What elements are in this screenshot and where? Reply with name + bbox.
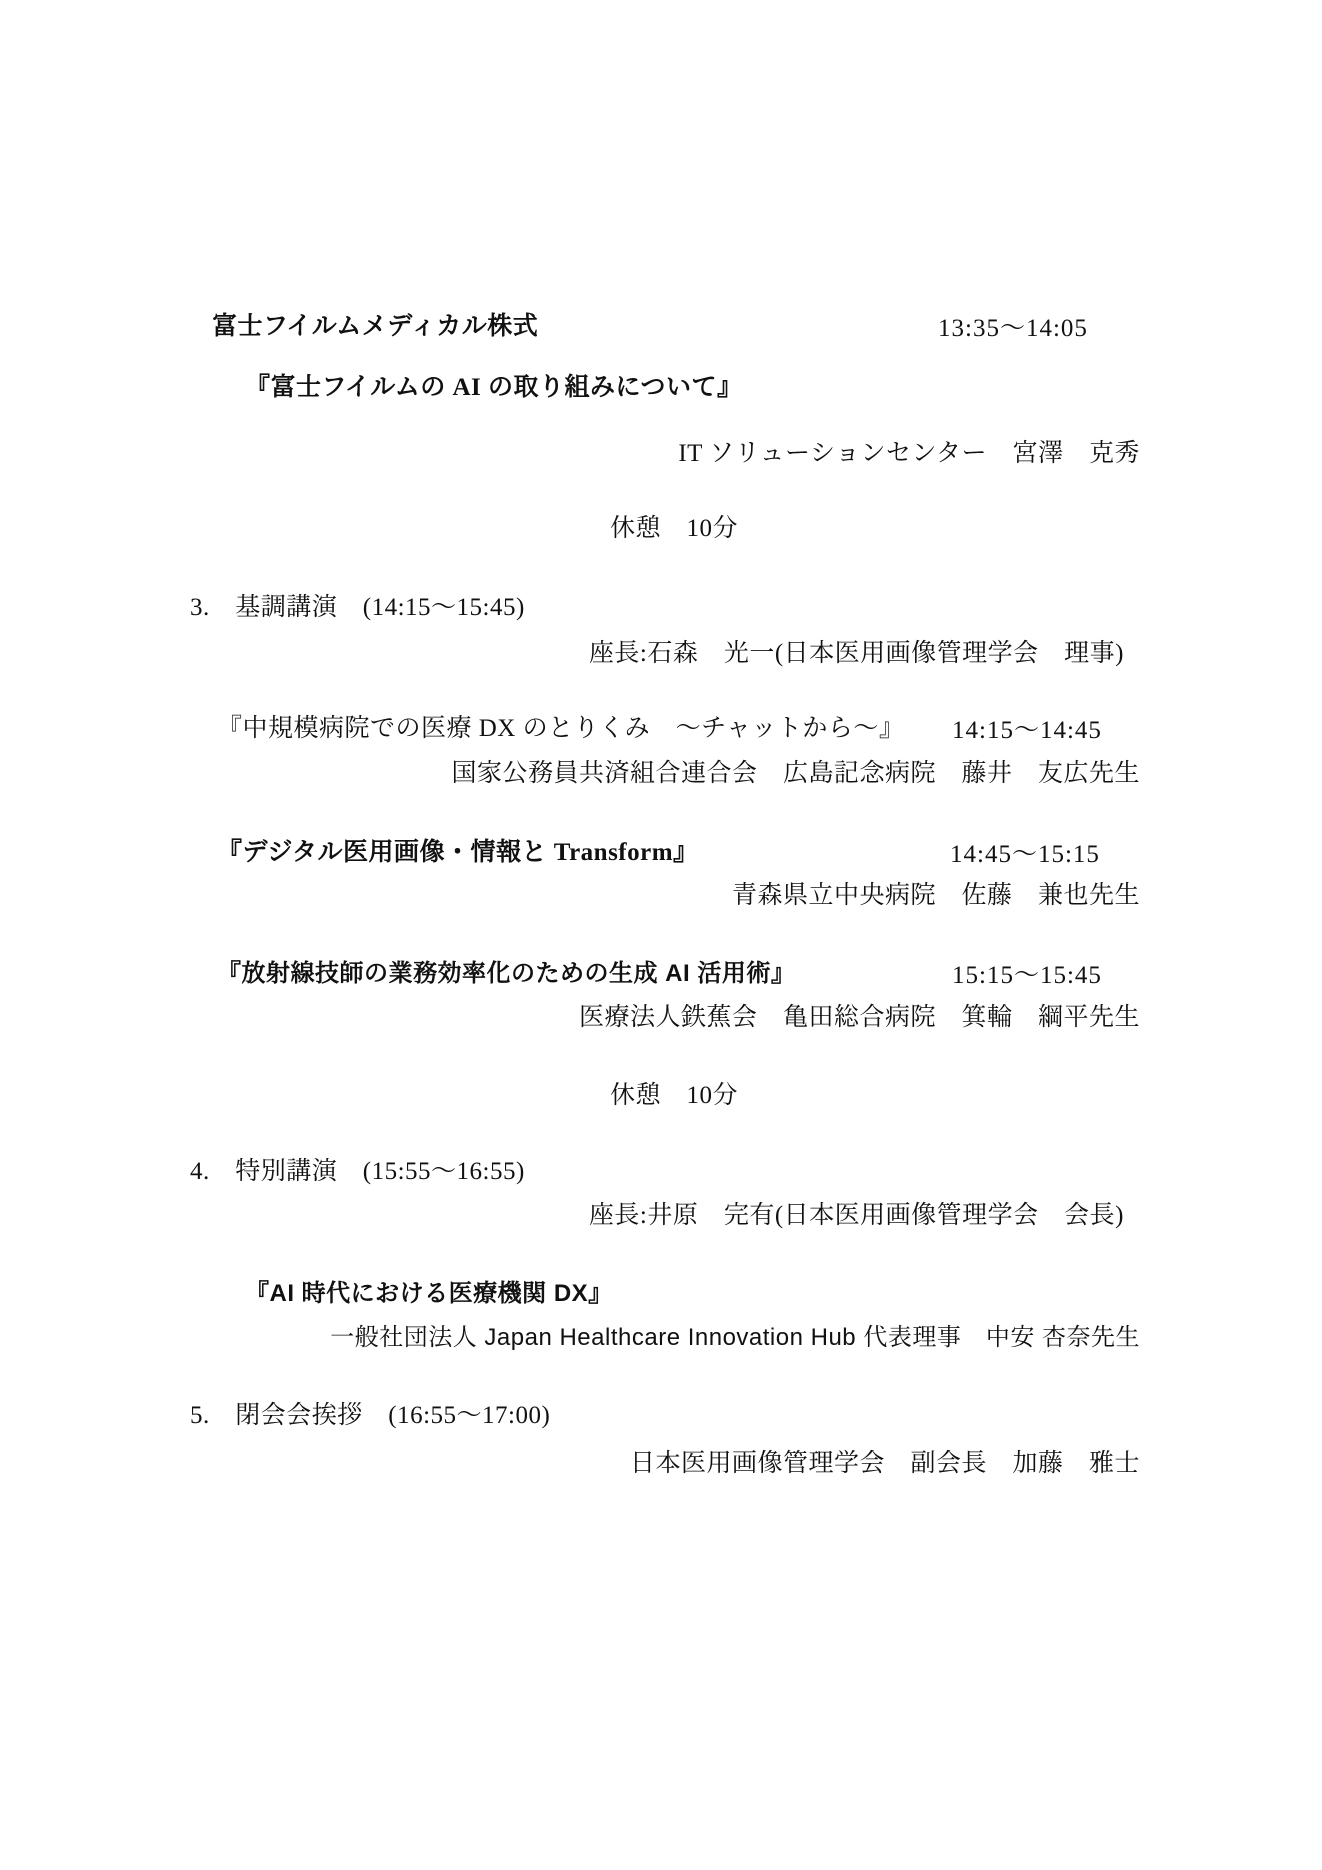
talk-speaker: 青森県立中央病院 佐藤 兼也先生 bbox=[732, 879, 1140, 913]
vendor-talk-speaker: IT ソリューションセンター 宮澤 克秀 bbox=[678, 437, 1140, 471]
session-3-heading: 3. 基調講演 (14:15〜15:45) bbox=[190, 591, 525, 625]
talk-title: 『デジタル医用画像・情報と Transform』 bbox=[217, 836, 699, 870]
talk-time: 14:45〜15:15 bbox=[950, 838, 1100, 872]
session-4-chair: 座長:井原 完有(日本医用画像管理学会 会長) bbox=[589, 1199, 1124, 1233]
vendor-time: 13:35〜14:05 bbox=[938, 312, 1088, 346]
document-page: 富士フイルムメディカル株式 13:35〜14:05 『富士フイルムの AI の取… bbox=[0, 0, 1322, 1870]
session-5-heading: 5. 閉会会挨拶 (16:55〜17:00) bbox=[190, 1399, 550, 1433]
talk-speaker: 国家公務員共済組合連合会 広島記念病院 藤井 友広先生 bbox=[451, 757, 1140, 791]
talk-time: 15:15〜15:45 bbox=[952, 959, 1102, 993]
talk-title: 『AI 時代における医療機関 DX』 bbox=[245, 1277, 613, 1311]
talk-speaker: 一般社団法人 Japan Healthcare Innovation Hub 代… bbox=[330, 1321, 1140, 1355]
session-4-heading: 4. 特別講演 (15:55〜16:55) bbox=[190, 1155, 525, 1189]
talk-time: 14:15〜14:45 bbox=[952, 714, 1102, 748]
vendor-company: 富士フイルムメディカル株式 bbox=[212, 310, 538, 344]
session-5-speaker: 日本医用画像管理学会 副会長 加藤 雅士 bbox=[630, 1447, 1140, 1481]
session-3-chair: 座長:石森 光一(日本医用画像管理学会 理事) bbox=[589, 637, 1124, 671]
talk-title: 『中規模病院での医療 DX のとりくみ 〜チャットから〜』 bbox=[217, 712, 904, 746]
break-label: 休憩 10分 bbox=[610, 1079, 738, 1113]
talk-title: 『放射線技師の業務効率化のための生成 AI 活用術』 bbox=[217, 957, 795, 991]
vendor-talk-title: 『富士フイルムの AI の取り組みについて』 bbox=[245, 371, 743, 405]
talk-speaker: 医療法人鉄蕉会 亀田総合病院 箕輪 綱平先生 bbox=[579, 1001, 1140, 1035]
break-label: 休憩 10分 bbox=[610, 512, 738, 546]
